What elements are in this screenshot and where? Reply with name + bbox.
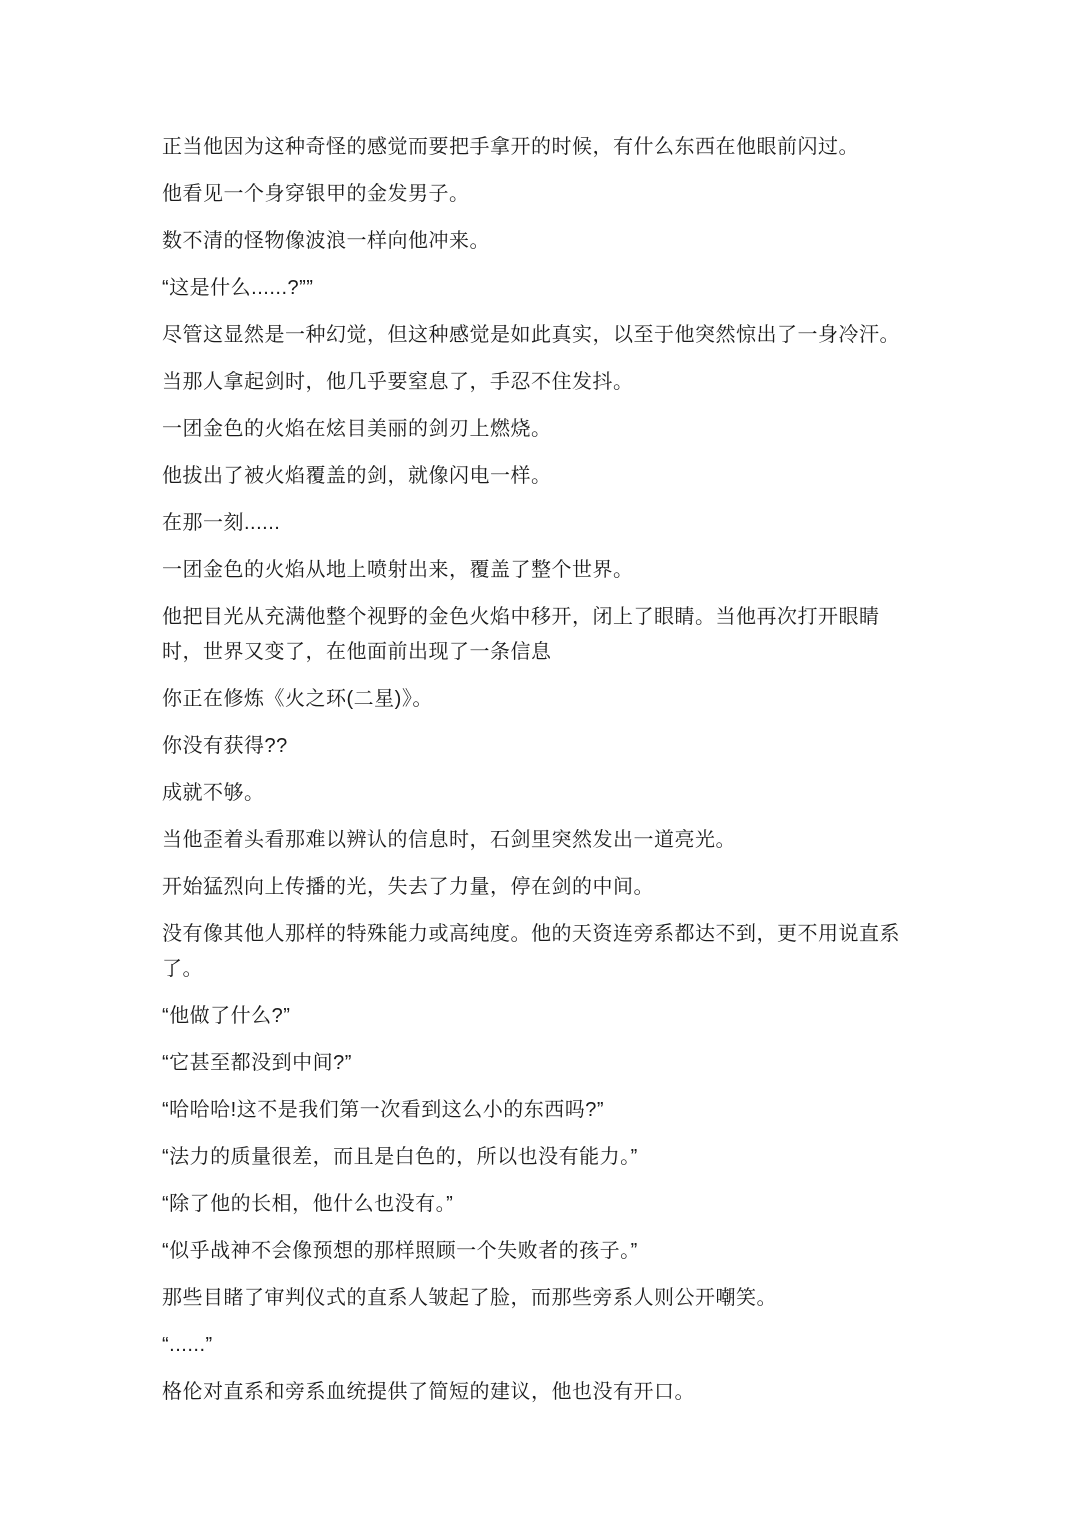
paragraph: “这是什么......?””: [162, 271, 914, 306]
document-page: 正当他因为这种奇怪的感觉而要把手拿开的时候，有什么东西在他眼前闪过。 他看见一个…: [0, 0, 1074, 1519]
paragraph: “似乎战神不会像预想的那样照顾一个失败者的孩子。”: [162, 1234, 914, 1269]
paragraph: 一团金色的火焰在炫目美丽的剑刃上燃烧。: [162, 412, 914, 447]
paragraph: “除了他的长相，他什么也没有。”: [162, 1187, 914, 1222]
paragraph: 一团金色的火焰从地上喷射出来，覆盖了整个世界。: [162, 553, 914, 588]
paragraph: 数不清的怪物像波浪一样向他冲来。: [162, 224, 914, 259]
paragraph: “法力的质量很差，而且是白色的，所以也没有能力。”: [162, 1140, 914, 1175]
paragraph: 你没有获得??: [162, 729, 914, 764]
paragraph: “哈哈哈!这不是我们第一次看到这么小的东西吗?”: [162, 1093, 914, 1128]
paragraph: 在那一刻......: [162, 506, 914, 541]
paragraph: 正当他因为这种奇怪的感觉而要把手拿开的时候，有什么东西在他眼前闪过。: [162, 130, 914, 165]
paragraph: 你正在修炼《火之环(二星)》。: [162, 682, 914, 717]
paragraph: 开始猛烈向上传播的光，失去了力量，停在剑的中间。: [162, 870, 914, 905]
paragraph: 他看见一个身穿银甲的金发男子。: [162, 177, 914, 212]
paragraph: 当那人拿起剑时，他几乎要窒息了，手忍不住发抖。: [162, 365, 914, 400]
paragraph: 没有像其他人那样的特殊能力或高纯度。他的天资连旁系都达不到，更不用说直系了。: [162, 917, 914, 987]
paragraph: 尽管这显然是一种幻觉，但这种感觉是如此真实，以至于他突然惊出了一身冷汗。: [162, 318, 914, 353]
paragraph: “他做了什么?”: [162, 999, 914, 1034]
paragraph: 成就不够。: [162, 776, 914, 811]
paragraph: 当他歪着头看那难以辨认的信息时，石剑里突然发出一道亮光。: [162, 823, 914, 858]
paragraph: 那些目睹了审判仪式的直系人皱起了脸，而那些旁系人则公开嘲笑。: [162, 1281, 914, 1316]
paragraph: 他把目光从充满他整个视野的金色火焰中移开，闭上了眼睛。当他再次打开眼睛时，世界又…: [162, 600, 914, 670]
paragraph: “......”: [162, 1328, 914, 1363]
paragraph: 他拔出了被火焰覆盖的剑，就像闪电一样。: [162, 459, 914, 494]
paragraph: “它甚至都没到中间?”: [162, 1046, 914, 1081]
paragraph: 格伦对直系和旁系血统提供了简短的建议，他也没有开口。: [162, 1375, 914, 1410]
